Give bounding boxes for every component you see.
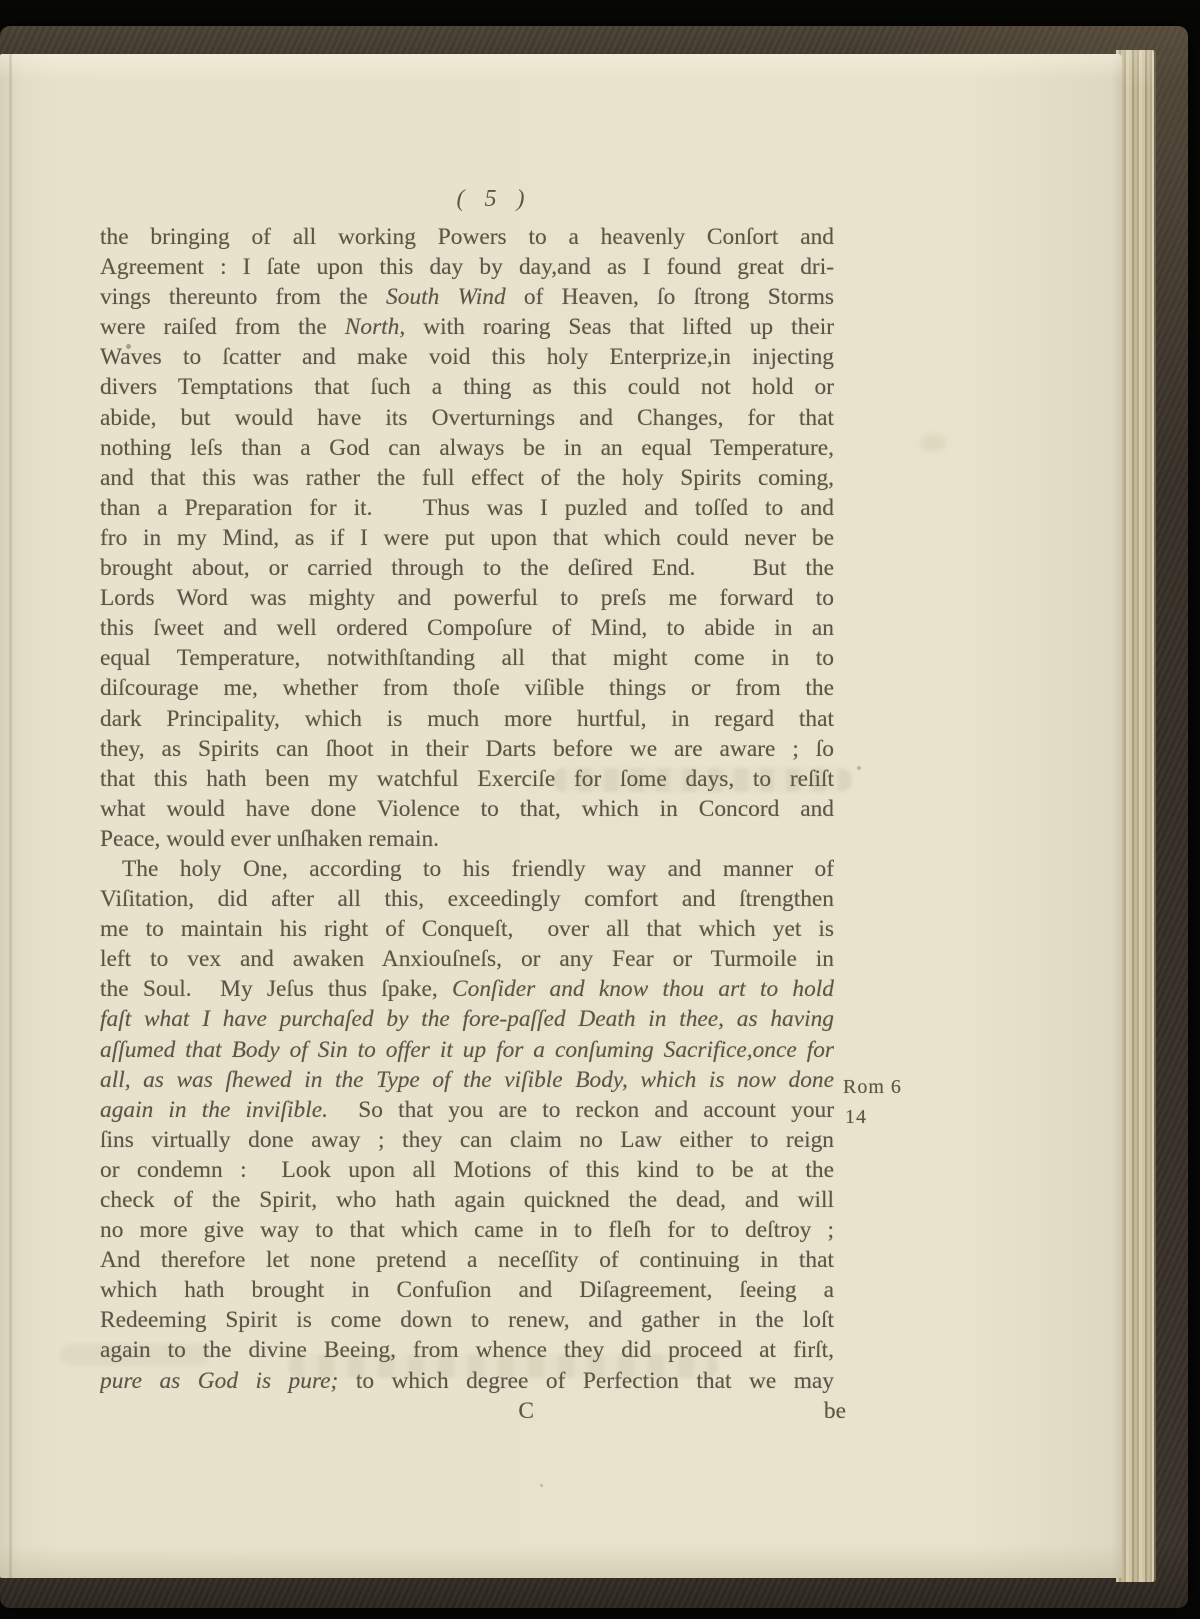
text-line: and that this was rather the full effect… xyxy=(100,463,834,493)
page-number: ( 5 ) xyxy=(127,184,861,222)
catchword: be xyxy=(824,1396,846,1426)
text-line: were raiſed from the North, with roaring… xyxy=(100,312,834,342)
text-line: Waves to ſcatter and make void this holy… xyxy=(100,342,834,372)
text-line: ſins virtually done away ; they can clai… xyxy=(100,1125,834,1155)
text-line: or condemn : Look upon all Motions of th… xyxy=(100,1155,834,1185)
text-line: no more give way to that which came in t… xyxy=(100,1215,834,1245)
book-photo: ( 5 ) the bringing of all working Powers… xyxy=(0,0,1200,1619)
text-line: Viſitation, did after all this, exceedin… xyxy=(100,884,834,914)
text-line: all, as was ſhewed in the Type of the vi… xyxy=(100,1065,834,1095)
text-line: vings thereunto from the South Wind of H… xyxy=(100,282,834,312)
text-line: me to maintain his right of Conqueſt, ov… xyxy=(100,914,834,944)
text-line: what would have done Violence to that, w… xyxy=(100,794,834,824)
text-line: Redeeming Spirit is come down to renew, … xyxy=(100,1305,834,1335)
margin-note-scripture: Rom 6 xyxy=(843,1076,902,1099)
text-line: this ſweet and well ordered Compoſure of… xyxy=(100,613,834,643)
text-line: which hath brought in Confuſion and Diſa… xyxy=(100,1275,834,1305)
text-line: pure as God is pure; to which degree of … xyxy=(100,1366,834,1396)
book-page: ( 5 ) the bringing of all working Powers… xyxy=(0,54,1122,1578)
signature-mark: C xyxy=(518,1396,534,1426)
text-line: faſt what I have purchaſed by the fore-p… xyxy=(100,1004,834,1034)
foxing-spot xyxy=(920,434,946,452)
text-block: ( 5 ) the bringing of all working Powers… xyxy=(100,184,834,1428)
text-line: divers Temptations that ſuch a thing as … xyxy=(100,372,834,402)
gutter-crease xyxy=(9,54,12,1578)
page-edge-stack xyxy=(1116,50,1156,1582)
text-line: Agreement : I ſate upon this day by day,… xyxy=(100,252,834,282)
margin-note-verse: 14 xyxy=(845,1106,867,1129)
text-line: Lords Word was mighty and powerful to pr… xyxy=(100,583,834,613)
ink-speck xyxy=(857,766,861,770)
text-line: check of the Spirit, who hath again quic… xyxy=(100,1185,834,1215)
text-line: equal Temperature, notwithſtanding all t… xyxy=(100,643,834,673)
ink-speck xyxy=(540,1484,543,1487)
body-lines: the bringing of all working Powers to a … xyxy=(100,222,834,1396)
text-line: the Soul. My Jeſus thus ſpake, Conſider … xyxy=(100,974,834,1004)
text-line: Peace, would ever unſhaken remain. xyxy=(100,824,834,854)
text-line: that this hath been my watchful Exerciſe… xyxy=(100,764,834,794)
text-line: diſcourage me, whether from thoſe viſibl… xyxy=(100,673,834,703)
text-line: they, as Spirits can ſhoot in their Dart… xyxy=(100,734,834,764)
text-line: the bringing of all working Powers to a … xyxy=(100,222,834,252)
signature-row: C be xyxy=(100,1396,834,1428)
text-line: again in the inviſible. So that you are … xyxy=(100,1095,834,1125)
text-line: brought about, or carried through to the… xyxy=(100,553,834,583)
text-line: nothing leſs than a God can always be in… xyxy=(100,433,834,463)
text-line: aſſumed that Body of Sin to offer it up … xyxy=(100,1035,834,1065)
text-line: abide, but would have its Overturnings a… xyxy=(100,403,834,433)
text-line: dark Principality, which is much more hu… xyxy=(100,704,834,734)
text-line: The holy One, according to his friendly … xyxy=(100,854,834,884)
text-line: than a Preparation for it. Thus was I pu… xyxy=(100,493,834,523)
text-line: left to vex and awaken Anxiouſneſs, or a… xyxy=(100,944,834,974)
text-line: And therefore let none pretend a neceſſi… xyxy=(100,1245,834,1275)
text-line: again to the divine Beeing, from whence … xyxy=(100,1335,834,1365)
text-line: fro in my Mind, as if I were put upon th… xyxy=(100,523,834,553)
